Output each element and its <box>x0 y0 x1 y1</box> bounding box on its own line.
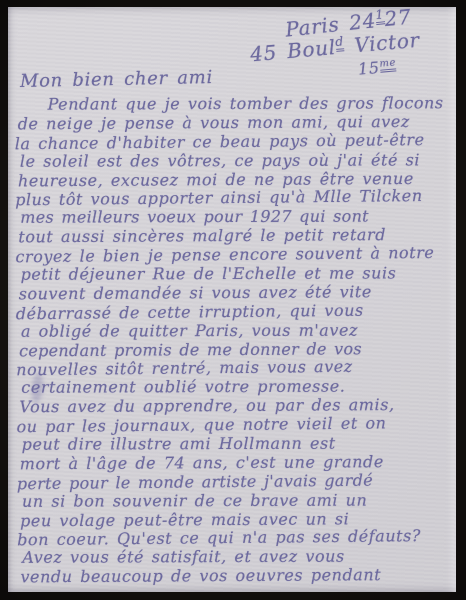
letter-line: petit déjeuner Rue de l'Echelle et me su… <box>21 264 454 284</box>
district-line: 15me <box>357 56 397 78</box>
letter-line: Avez vous été satisfait, et avez vous <box>22 548 455 568</box>
letter-line: certainement oublié votre promesse. <box>21 378 454 398</box>
district-number: 15 <box>357 58 380 79</box>
letter-line: le soleil est des vôtres, ce pays où j'a… <box>20 151 453 171</box>
address-suffix: Victor <box>343 28 420 58</box>
district-superscript: me <box>379 57 397 72</box>
letter-body: Pendant que je vois tomber des gros floc… <box>13 94 456 588</box>
letter-paper: Paris 24127 45 Bould Victor 15me Mon bie… <box>8 7 456 592</box>
letter-line: mes meilleurs voeux pour 1927 qui sont <box>20 208 453 228</box>
letter-line: a obligé de quitter Paris, vous m'avez <box>21 321 454 341</box>
photo-frame: Paris 24127 45 Bould Victor 15me Mon bie… <box>0 0 466 600</box>
letter-line: vendu beaucoup de vos oeuvres pendant <box>20 566 455 588</box>
letter-line: un si bon souvenir de ce brave ami un <box>22 491 455 511</box>
letter-line: Pendant que je vois tomber des gros floc… <box>20 94 453 114</box>
letter-line: peut dire illustre ami Hollmann est <box>22 434 455 454</box>
salutation: Mon bien cher ami <box>20 67 213 92</box>
address-prefix: 45 Boul <box>249 35 336 66</box>
